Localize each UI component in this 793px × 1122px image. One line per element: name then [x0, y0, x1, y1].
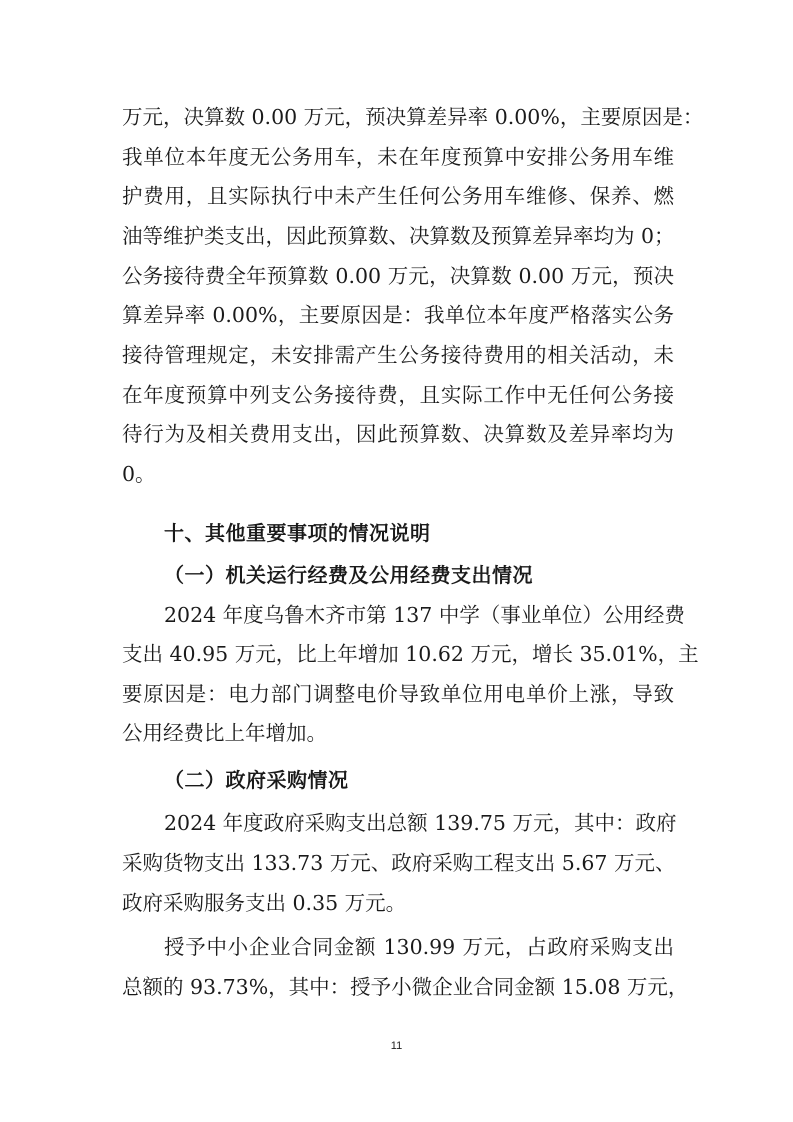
paragraph-line: 我单位本年度无公务用车，未在年度预算中安排公务用车维: [122, 144, 674, 170]
paragraph-line: 护费用，且实际执行中未产生任何公务用车维修、保养、燃: [122, 183, 674, 209]
page-number: 11: [0, 1040, 793, 1052]
paragraph-line: 油等维护类支出，因此预算数、决算数及预算差异率均为 0；: [122, 223, 674, 249]
paragraph-line: 授予中小企业合同金额 130.99 万元，占政府采购支出: [164, 934, 674, 960]
paragraph-line: 支出 40.95 万元，比上年增加 10.62 万元，增长 35.01%，主: [122, 641, 674, 667]
paragraph-line: 采购货物支出 133.73 万元、政府采购工程支出 5.67 万元、: [122, 850, 674, 876]
document-page: 万元，决算数 0.00 万元，预决算差异率 0.00%，主要原因是： 我单位本年…: [0, 0, 793, 1122]
paragraph-line: 政府采购服务支出 0.35 万元。: [122, 890, 674, 916]
paragraph-line: 算差异率 0.00%，主要原因是：我单位本年度严格落实公务: [122, 302, 674, 328]
paragraph-line: 待行为及相关费用支出，因此预算数、决算数及差异率均为: [122, 421, 674, 447]
paragraph-line: 2024 年度乌鲁木齐市第 137 中学（事业单位）公用经费: [164, 602, 674, 628]
paragraph-line: 公用经费比上年增加。: [122, 720, 674, 746]
paragraph-line: 接待管理规定，未安排需产生公务接待费用的相关活动，未: [122, 342, 674, 368]
paragraph-line: 总额的 93.73%，其中：授予小微企业合同金额 15.08 万元，: [122, 974, 674, 1000]
subsection-heading: （一）机关运行经费及公用经费支出情况: [164, 562, 533, 588]
paragraph-line: 公务接待费全年预算数 0.00 万元，决算数 0.00 万元，预决: [122, 263, 674, 289]
paragraph-line: 2024 年度政府采购支出总额 139.75 万元，其中：政府: [164, 810, 674, 836]
paragraph-line: 万元，决算数 0.00 万元，预决算差异率 0.00%，主要原因是：: [122, 104, 674, 130]
paragraph-line: 要原因是：电力部门调整电价导致单位用电单价上涨，导致: [122, 681, 674, 707]
paragraph-line: 0。: [122, 461, 674, 487]
section-heading: 十、其他重要事项的情况说明: [164, 520, 431, 546]
paragraph-line: 在年度预算中列支公务接待费，且实际工作中无任何公务接: [122, 382, 674, 408]
subsection-heading: （二）政府采购情况: [164, 767, 349, 793]
